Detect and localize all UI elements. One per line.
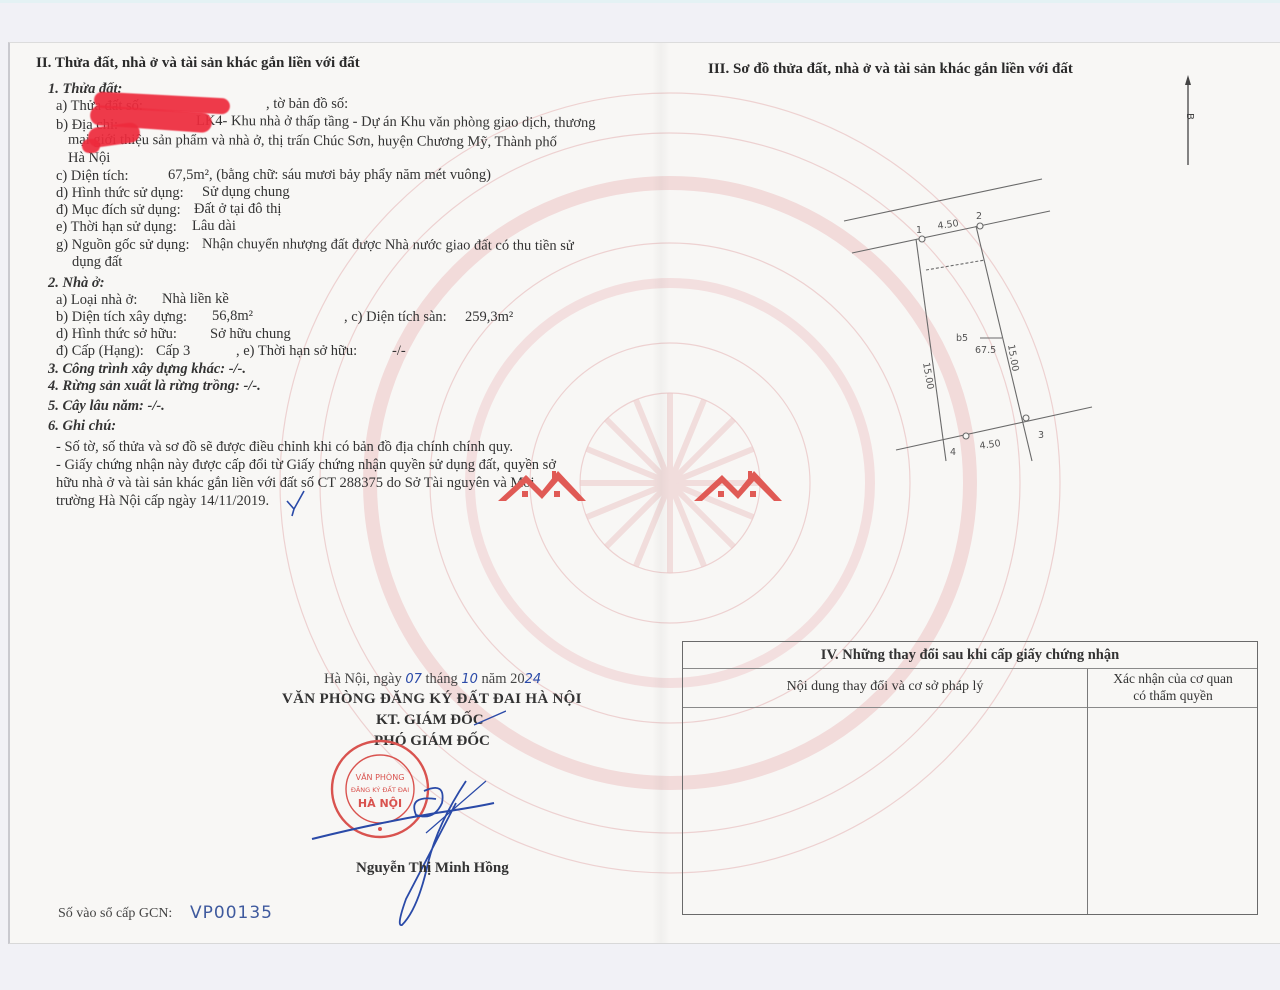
house-dd-value: Cấp 3 — [156, 342, 190, 360]
parcel-id: b5 — [956, 333, 968, 344]
signer-name: Nguyễn Thị Minh Hồng — [356, 859, 509, 877]
changes-table-divider — [1087, 669, 1088, 914]
item-3-other-constructions: 3. Công trình xây dựng khác: -/-. — [48, 360, 246, 378]
signing-date: Hà Nội, ngày 07 tháng 10 năm 2024 — [324, 670, 541, 689]
house-d-value: Sở hữu chung — [210, 325, 291, 343]
changes-table-header-row: Nội dung thay đổi và cơ sở pháp lý Xác n… — [683, 669, 1257, 708]
registry-label: Số vào sổ cấp GCN: — [58, 905, 172, 923]
house-heading: 2. Nhà ở: — [48, 274, 105, 292]
changes-col-confirm-line1: Xác nhận của cơ quan — [1088, 670, 1258, 687]
top-edge — [0, 0, 1280, 3]
house-a-label: a) Loại nhà ở: — [56, 291, 137, 309]
land-a-suffix: , tờ bản đồ số: — [266, 95, 348, 113]
top-edge-length: 4.50 — [937, 218, 959, 232]
date-prefix: Hà Nội, ngày — [324, 671, 402, 687]
notes-line1: - Số tờ, số thửa và sơ đồ sẽ được điều c… — [56, 438, 513, 456]
changes-table: IV. Những thay đổi sau khi cấp giấy chứn… — [682, 641, 1258, 915]
house-d-label: d) Hình thức sở hữu: — [56, 325, 177, 343]
changes-table-title-row: IV. Những thay đổi sau khi cấp giấy chứn… — [683, 642, 1257, 669]
land-b-line2: mại giới thiệu sản phẩm và nhà ở, thị tr… — [68, 131, 557, 152]
date-year-suffix: 24 — [525, 672, 542, 687]
land-c-value: 67,5m², (bằng chữ: sáu mươi bảy phẩy năm… — [168, 166, 491, 184]
section-iii-title: III. Sơ đồ thửa đất, nhà ở và tài sản kh… — [708, 61, 1073, 78]
date-year-label: năm 20 — [482, 671, 525, 687]
date-month-label: tháng — [426, 671, 458, 687]
house-b-label: b) Diện tích xây dựng: — [56, 308, 187, 326]
point-2-label: 2 — [976, 211, 982, 222]
land-b-line1: LK4- Khu nhà ở thấp tầng - Dự án Khu văn… — [196, 112, 596, 132]
plot-diagram: 1 2 3 4 4.50 4.50 15.00 15.00 b5 67.5 — [830, 163, 1130, 483]
registry-value: VP00135 — [190, 903, 273, 923]
changes-col-content: Nội dung thay đổi và cơ sở pháp lý — [683, 678, 1087, 696]
item-4-production-forest: 4. Rừng sản xuất là rừng trồng: -/-. — [48, 377, 261, 395]
north-label: B — [1184, 113, 1195, 120]
notes-line2: - Giấy chứng nhận này được cấp đổi từ Gi… — [56, 456, 556, 474]
date-day: 07 — [405, 672, 422, 687]
house-c-value: 259,3m² — [465, 308, 513, 326]
item-5-perennial-trees: 5. Cây lâu năm: -/-. — [48, 397, 165, 415]
parcel-area: 67.5 — [975, 345, 996, 356]
page-fold — [652, 43, 670, 943]
date-month: 10 — [461, 672, 478, 687]
land-d-label: d) Hình thức sử dụng: — [56, 184, 184, 202]
handwritten-signature — [306, 703, 506, 933]
land-c-label: c) Diện tích: — [56, 167, 128, 185]
point-4-label: 4 — [950, 447, 956, 458]
house-logo-icon — [496, 467, 588, 503]
house-c-label: , c) Diện tích sàn: — [344, 308, 447, 326]
house-b-value: 56,8m² — [212, 307, 253, 325]
section-ii-title: II. Thửa đất, nhà ở và tài sản khác gắn … — [36, 55, 360, 72]
house-e-label: , e) Thời hạn sở hữu: — [236, 342, 357, 360]
redaction-mark — [82, 139, 100, 153]
notes-heading: 6. Ghi chú: — [48, 417, 116, 435]
land-g-value-line2: dụng đất — [72, 253, 122, 271]
land-e-value: Lâu dài — [192, 217, 236, 235]
land-dd-value: Đất ở tại đô thị — [194, 200, 281, 218]
land-certificate-document: II. Thửa đất, nhà ở và tài sản khác gắn … — [8, 42, 1280, 944]
land-dd-label: đ) Mục đích sử dụng: — [56, 201, 181, 219]
changes-col-confirm-line2: có thẩm quyền — [1088, 687, 1258, 704]
land-g-value-line1: Nhận chuyển nhượng đất được Nhà nước gia… — [202, 235, 574, 255]
handwritten-initial-mark — [284, 487, 308, 517]
land-e-label: e) Thời hạn sử dụng: — [56, 218, 177, 236]
house-a-value: Nhà liền kề — [162, 290, 229, 308]
right-edge-length: 15.00 — [1005, 344, 1021, 373]
point-1-label: 1 — [916, 225, 922, 236]
house-logo-icon — [692, 467, 784, 503]
bottom-edge-length: 4.50 — [979, 438, 1001, 452]
house-dd-label: đ) Cấp (Hạng): — [56, 342, 144, 360]
point-3-label: 3 — [1038, 430, 1044, 441]
land-g-label: g) Nguồn gốc sử dụng: — [56, 236, 190, 254]
changes-table-title: IV. Những thay đổi sau khi cấp giấy chứn… — [683, 646, 1257, 664]
notes-line4: trường Hà Nội cấp ngày 14/11/2019. — [56, 492, 269, 510]
north-arrow-icon: B — [1178, 73, 1198, 169]
house-e-value: -/- — [392, 342, 406, 360]
land-d-value: Sử dụng chung — [202, 183, 290, 201]
